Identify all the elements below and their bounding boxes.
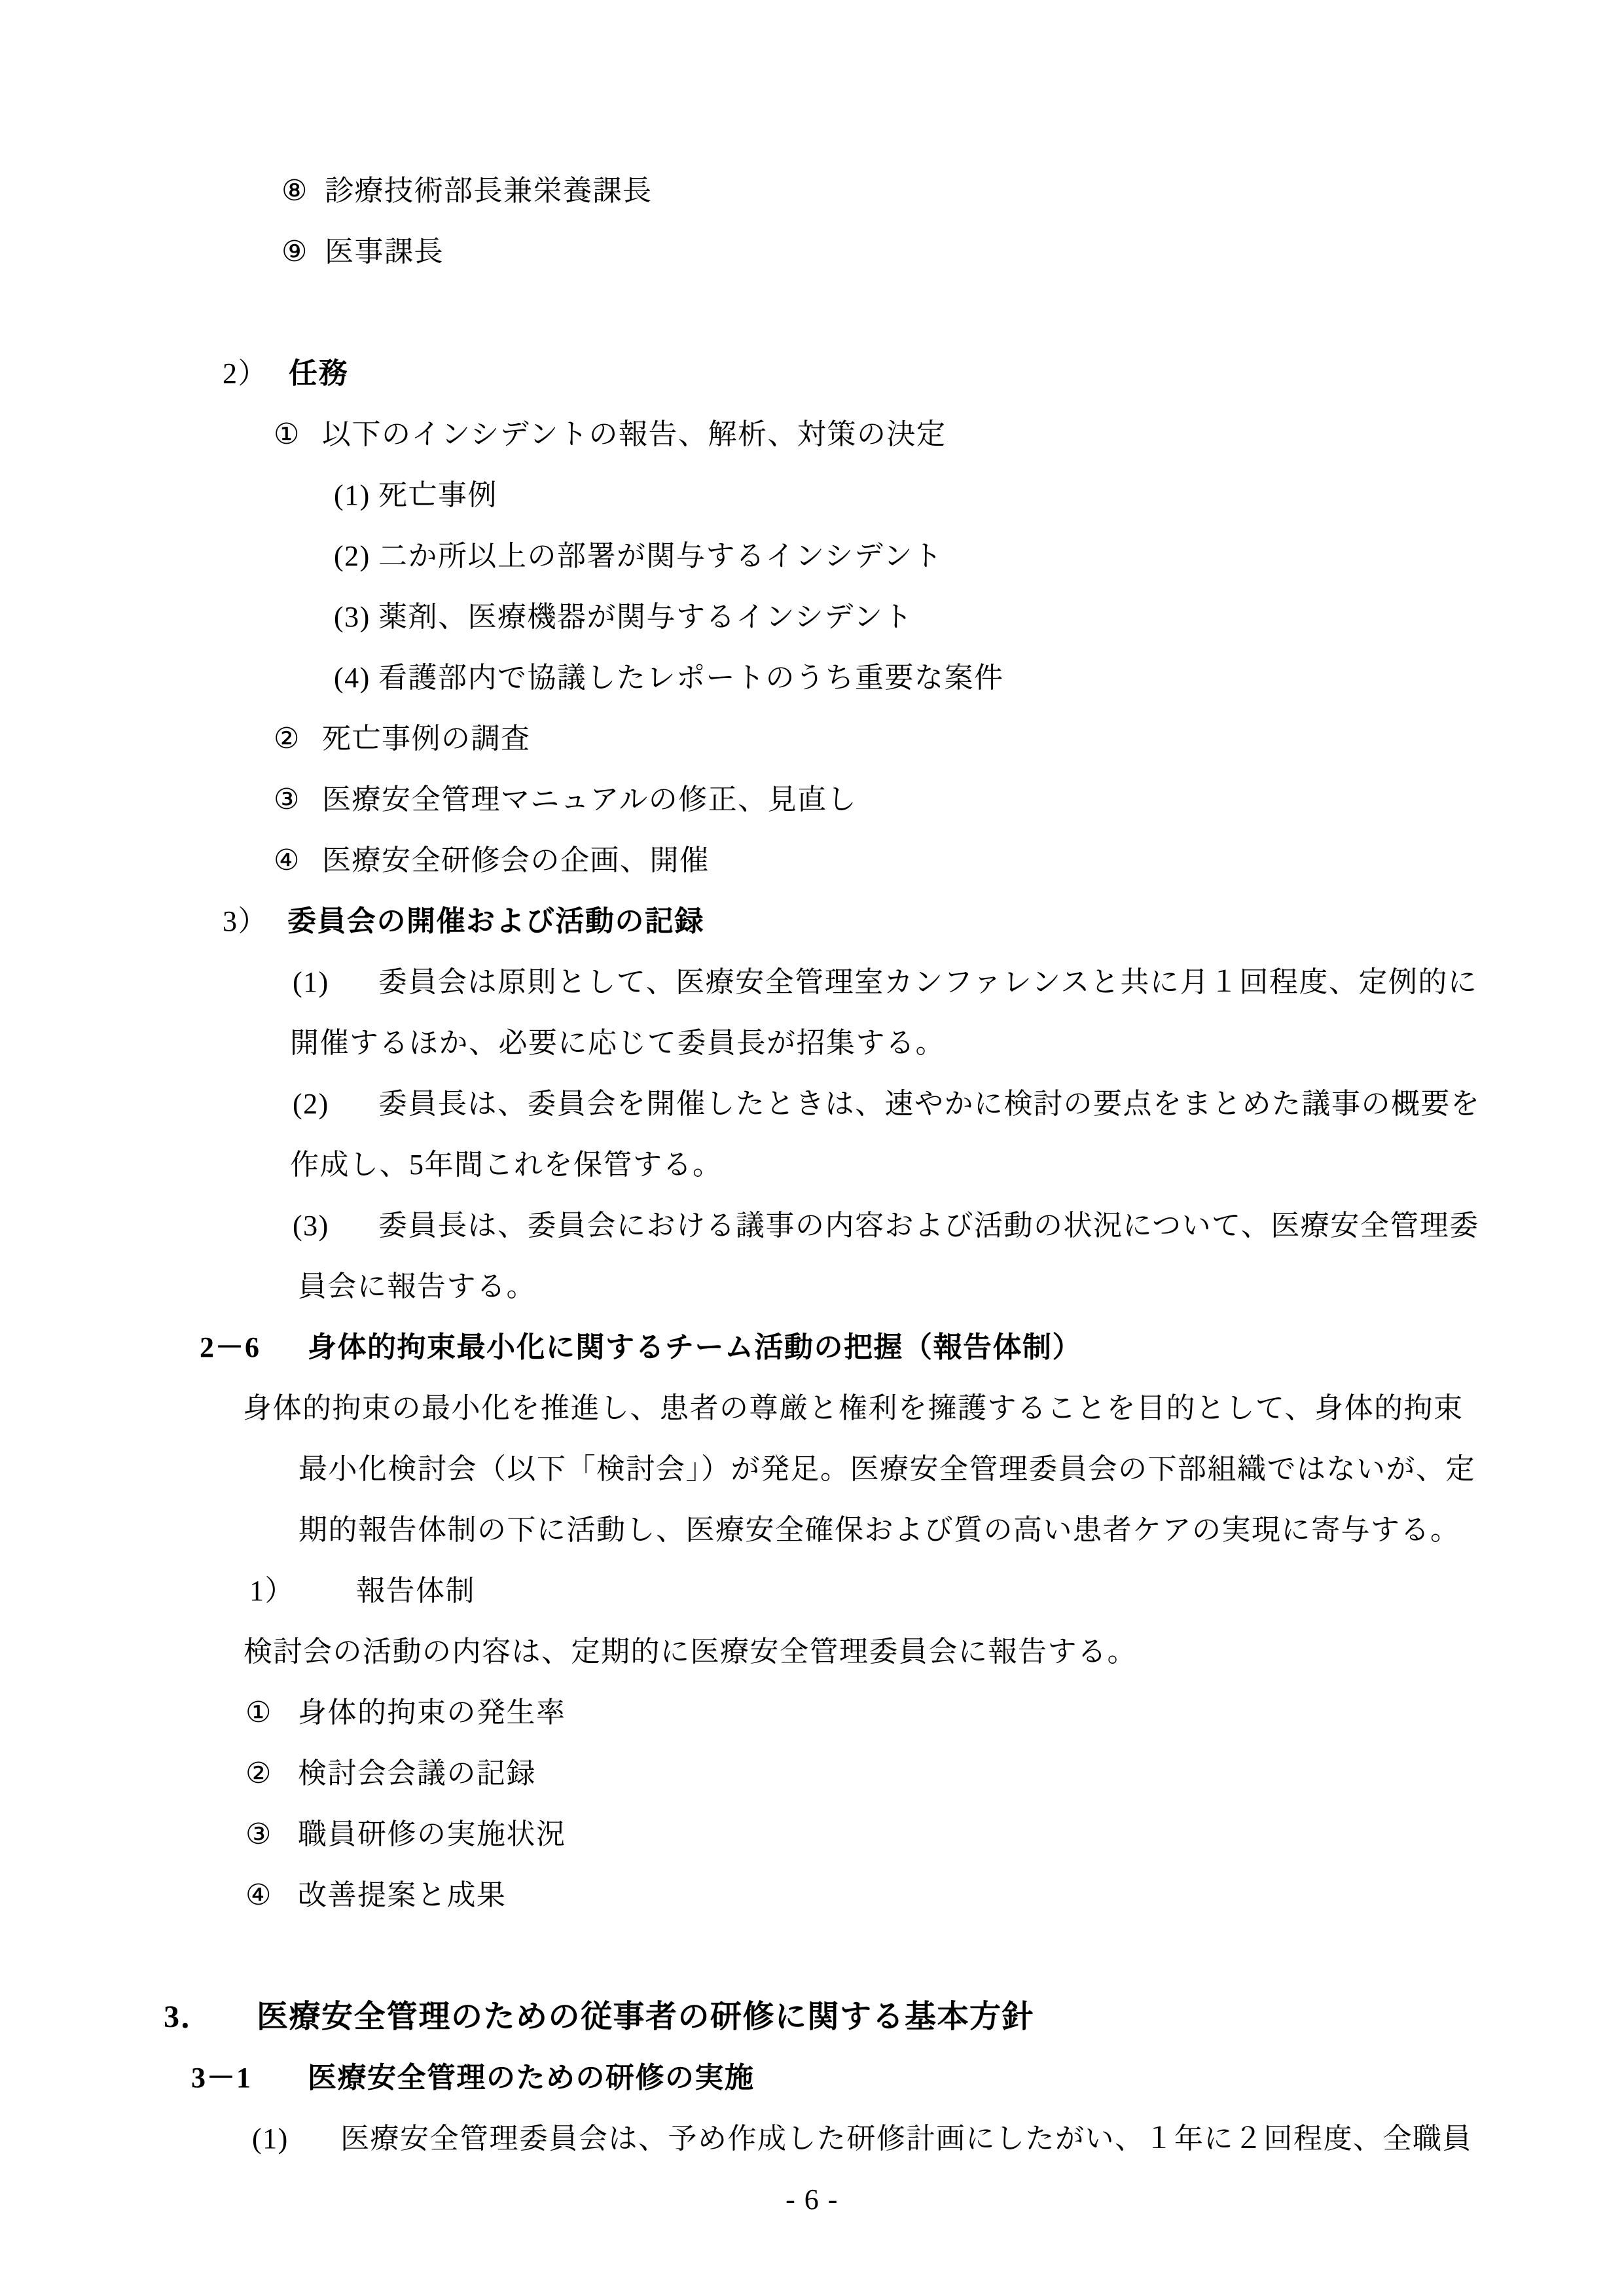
records-item-1-line-1: (1)委員会は原則として、医療安全管理室カンファレンスと共に月１回程度、定例的に xyxy=(0,952,1624,1013)
document-page: ⑧診療技術部長兼栄養課長⑨医事課長2）任務①以下のインシデントの報告、解析、対策… xyxy=(0,0,1624,2296)
line-text: 開催するほか、必要に応じて委員長が招集する。 xyxy=(290,1013,945,1073)
line-text: 以下のインシデントの報告、解析、対策の決定 xyxy=(322,404,947,465)
line-text: 医療安全管理のための研修の実施 xyxy=(308,2047,755,2108)
line-marker: ④ xyxy=(274,830,322,891)
line-text: 委員会は原則として、医療安全管理室カンファレンスと共に月１回程度、定例的に xyxy=(378,952,1477,1013)
reporting-item-2: ②検討会会議の記録 xyxy=(0,1743,1624,1804)
list-item-8: ⑧診療技術部長兼栄養課長 xyxy=(0,160,1624,221)
section-2-6-paragraph-line-2: 最小化検討会（以下「検討会」）が発足。医療安全管理委員会の下部組織ではないが、定 xyxy=(0,1439,1624,1499)
records-item-3-line-2: 員会に報告する。 xyxy=(0,1256,1624,1317)
line-text: 診療技術部長兼栄養課長 xyxy=(325,160,653,221)
page-number: - 6 - xyxy=(0,2169,1624,2230)
line-text: 最小化検討会（以下「検討会」）が発足。医療安全管理委員会の下部組織ではないが、定 xyxy=(298,1439,1475,1499)
line-marker: ① xyxy=(274,404,322,465)
duties-item-1-sub-3: (3)薬剤、医療機器が関与するインシデント xyxy=(0,586,1624,647)
heading-2-duties: 2）任務 xyxy=(0,343,1624,404)
line-text: 検討会の活動の内容は、定期的に医療安全管理委員会に報告する。 xyxy=(244,1621,1137,1682)
line-text: 医療安全管理のための従事者の研修に関する基本方針 xyxy=(257,1986,1034,2047)
section-2-6-paragraph-line-3: 期的報告体制の下に活動し、医療安全確保および質の高い患者ケアの実現に寄与する。 xyxy=(0,1499,1624,1560)
line-text: 検討会会議の記録 xyxy=(298,1743,536,1804)
line-marker: ① xyxy=(245,1682,298,1743)
line-marker: ⑧ xyxy=(281,160,325,221)
section-3-1-item-1-line-1: (1)医療安全管理委員会は、予め作成した研修計画にしたがい、１年に２回程度、全職… xyxy=(0,2108,1624,2169)
line-marker: (1) xyxy=(334,465,378,526)
duties-item-1-sub-1: (1)死亡事例 xyxy=(0,465,1624,526)
line-marker: ② xyxy=(245,1743,298,1804)
line-marker: ④ xyxy=(245,1865,298,1926)
line-text: 看護部内で協議したレポートのうち重要な案件 xyxy=(378,647,1004,708)
line-text: 職員研修の実施状況 xyxy=(298,1804,566,1865)
line-marker: ③ xyxy=(274,769,322,830)
reporting-item-1: ①身体的拘束の発生率 xyxy=(0,1682,1624,1743)
line-marker: (2) xyxy=(293,1073,378,1134)
line-text: 報告体制 xyxy=(356,1560,475,1621)
records-item-3-line-1: (3)委員長は、委員会における議事の内容および活動の状況について、医療安全管理委 xyxy=(0,1195,1624,1256)
line-text: 薬剤、医療機器が関与するインシデント xyxy=(378,586,913,647)
line-text: 二か所以上の部署が関与するインシデント xyxy=(378,526,943,586)
duties-item-1-sub-2: (2)二か所以上の部署が関与するインシデント xyxy=(0,526,1624,586)
records-item-2-line-2: 作成し、5年間これを保管する。 xyxy=(0,1134,1624,1195)
line-marker: 3－1 xyxy=(191,2047,308,2108)
line-marker: ⑨ xyxy=(281,221,325,282)
line-text: 身体的拘束の発生率 xyxy=(298,1682,566,1743)
section-2-6-paragraph-line-1: 身体的拘束の最小化を推進し、患者の尊厳と権利を擁護することを目的として、身体的拘… xyxy=(0,1378,1624,1439)
line-marker: (3) xyxy=(334,586,378,647)
records-item-1-line-2: 開催するほか、必要に応じて委員長が招集する。 xyxy=(0,1013,1624,1073)
line-marker: 1） xyxy=(249,1560,356,1621)
records-item-2-line-1: (2)委員長は、委員会を開催したときは、速やかに検討の要点をまとめた議事の概要を xyxy=(0,1073,1624,1134)
line-text: 身体的拘束最小化に関するチーム活動の把握（報告体制） xyxy=(308,1317,1082,1378)
reporting-item-3: ③職員研修の実施状況 xyxy=(0,1804,1624,1865)
line-text: 作成し、5年間これを保管する。 xyxy=(290,1134,723,1195)
reporting-paragraph: 検討会の活動の内容は、定期的に医療安全管理委員会に報告する。 xyxy=(0,1621,1624,1682)
blank-line xyxy=(0,1926,1624,1986)
heading-3-records: 3）委員会の開催および活動の記録 xyxy=(0,891,1624,952)
line-text: 委員会の開催および活動の記録 xyxy=(287,891,704,952)
line-marker: 2） xyxy=(223,343,289,404)
line-text: 医療安全管理マニュアルの修正、見直し xyxy=(322,769,857,830)
line-marker: (4) xyxy=(334,647,378,708)
line-marker: 2－6 xyxy=(200,1317,308,1378)
line-text: 医事課長 xyxy=(325,221,444,282)
line-text: 死亡事例 xyxy=(378,465,497,526)
document-body: ⑧診療技術部長兼栄養課長⑨医事課長2）任務①以下のインシデントの報告、解析、対策… xyxy=(0,0,1624,2230)
line-marker: ② xyxy=(274,708,322,769)
line-text: 期的報告体制の下に活動し、医療安全確保および質の高い患者ケアの実現に寄与する。 xyxy=(298,1499,1460,1560)
duties-item-2: ②死亡事例の調査 xyxy=(0,708,1624,769)
reporting-item-4: ④改善提案と成果 xyxy=(0,1865,1624,1926)
line-text: 身体的拘束の最小化を推進し、患者の尊厳と権利を擁護することを目的として、身体的拘… xyxy=(243,1378,1464,1439)
line-marker: (1) xyxy=(252,2108,340,2169)
heading-3: 3．医療安全管理のための従事者の研修に関する基本方針 xyxy=(0,1986,1624,2047)
line-text: - 6 - xyxy=(785,2169,839,2230)
line-marker: 3． xyxy=(164,1986,257,2047)
blank-line xyxy=(0,282,1624,343)
line-marker: (1) xyxy=(293,952,378,1013)
heading-2-6: 2－6身体的拘束最小化に関するチーム活動の把握（報告体制） xyxy=(0,1317,1624,1378)
line-marker: 3） xyxy=(223,891,287,952)
line-marker: (3) xyxy=(293,1195,378,1256)
line-text: 委員長は、委員会を開催したときは、速やかに検討の要点をまとめた議事の概要を xyxy=(378,1073,1481,1134)
list-item-9: ⑨医事課長 xyxy=(0,221,1624,282)
line-text: 医療安全管理委員会は、予め作成した研修計画にしたがい、１年に２回程度、全職員 xyxy=(340,2108,1472,2169)
line-text: 改善提案と成果 xyxy=(298,1865,507,1926)
line-text: 死亡事例の調査 xyxy=(322,708,531,769)
line-text: 医療安全研修会の企画、開催 xyxy=(322,830,710,891)
line-text: 任務 xyxy=(289,343,348,404)
line-marker: (2) xyxy=(334,526,378,586)
line-text: 委員長は、委員会における議事の内容および活動の状況について、医療安全管理委 xyxy=(378,1195,1479,1256)
duties-item-1-sub-4: (4)看護部内で協議したレポートのうち重要な案件 xyxy=(0,647,1624,708)
heading-reporting-system: 1）報告体制 xyxy=(0,1560,1624,1621)
heading-3-1: 3－1医療安全管理のための研修の実施 xyxy=(0,2047,1624,2108)
duties-item-4: ④医療安全研修会の企画、開催 xyxy=(0,830,1624,891)
line-marker: ③ xyxy=(245,1804,298,1865)
line-text: 員会に報告する。 xyxy=(298,1256,536,1317)
duties-item-1: ①以下のインシデントの報告、解析、対策の決定 xyxy=(0,404,1624,465)
duties-item-3: ③医療安全管理マニュアルの修正、見直し xyxy=(0,769,1624,830)
